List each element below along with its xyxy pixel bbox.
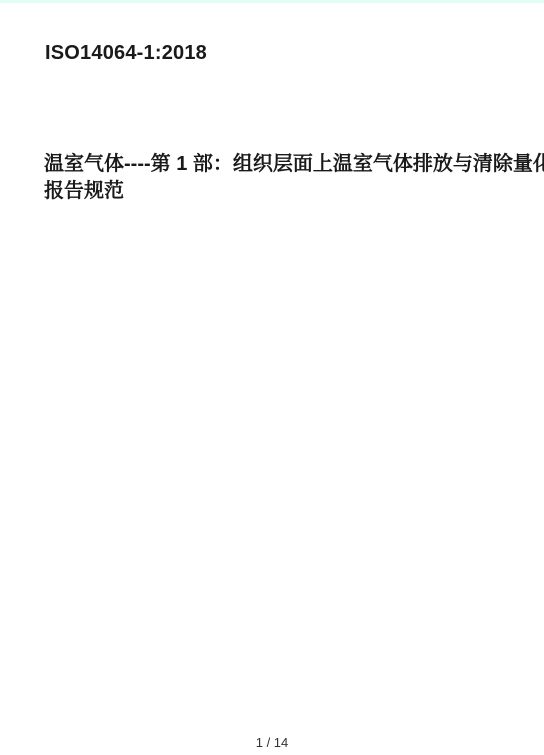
top-accent-strip (0, 0, 544, 3)
document-title: 温室气体----第 1 部：组织层面上温室气体排放与清除量化及 报告规范 (44, 151, 544, 205)
document-title-line-1: 温室气体----第 1 部：组织层面上温室气体排放与清除量化及 (44, 151, 544, 178)
document-title-line-2: 报告规范 (44, 178, 544, 205)
page-number-indicator: 1 / 14 (0, 736, 544, 749)
document-page: ISO14064-1:2018 温室气体----第 1 部：组织层面上温室气体排… (0, 0, 544, 755)
standard-number-header: ISO14064-1:2018 (45, 42, 207, 64)
